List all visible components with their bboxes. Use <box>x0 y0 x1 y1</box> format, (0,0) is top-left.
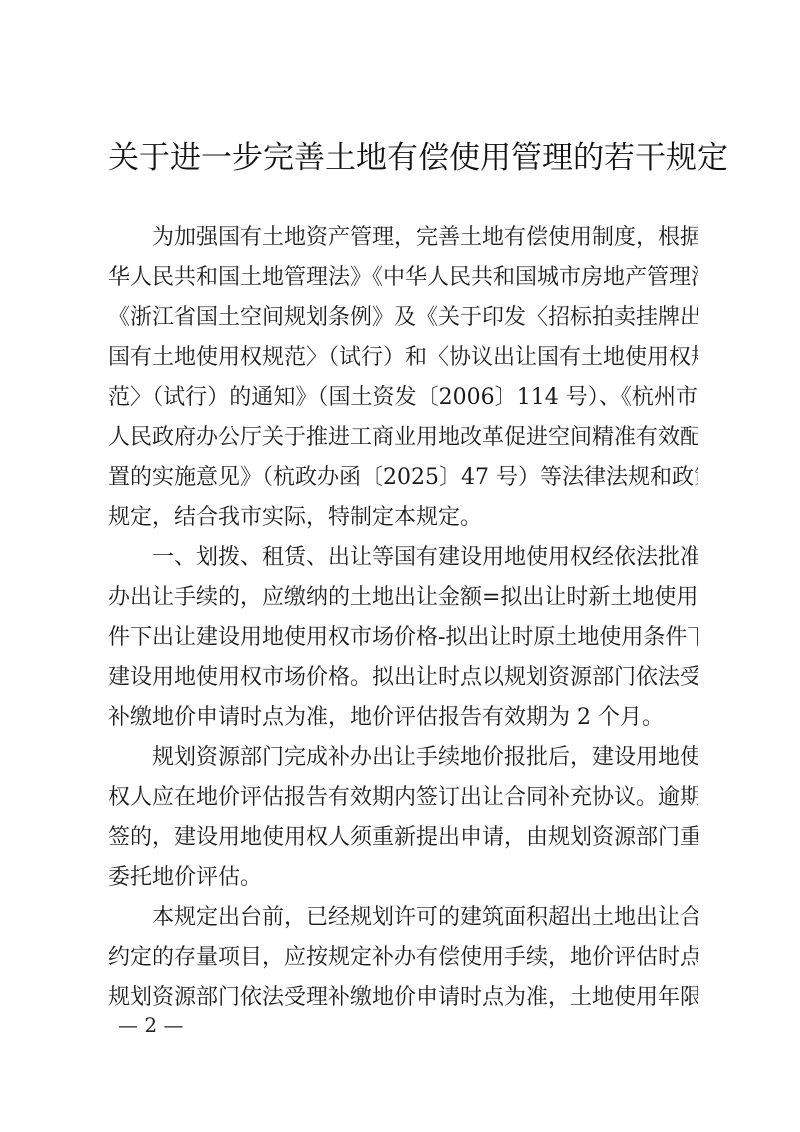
body-line: 人民政府办公厅关于推进工商业用地改革促进空间精准有效配 <box>108 418 698 458</box>
body-line: 置的实施意见》（杭政办函〔2025〕47 号）等法律法规和政策 <box>108 458 698 498</box>
body-line: 范〉（试行）的通知》（国土资发〔2006〕114 号）、《杭州市 <box>108 378 698 418</box>
body-line: 签的，建设用地使用权人须重新提出申请，由规划资源部门重新 <box>108 818 698 858</box>
body-line: 一、划拨、租赁、出让等国有建设用地使用权经依法批准补 <box>108 538 698 578</box>
body-line: 《浙江省国土空间规划条例》及《关于印发〈招标拍卖挂牌出让 <box>108 298 698 338</box>
body-line: 补缴地价申请时点为准，地价评估报告有效期为 2 个月。 <box>108 698 698 738</box>
body-line: 权人应在地价评估报告有效期内签订出让合同补充协议。逾期不 <box>108 778 698 818</box>
body-line: 规定，结合我市实际，特制定本规定。 <box>108 498 698 538</box>
body-line: 规划资源部门依法受理补缴地价申请时点为准，土地使用年限按 <box>108 978 698 1018</box>
document-title: 关于进一步完善土地有偿使用管理的若干规定 <box>108 136 692 180</box>
page-number: — 2 — <box>118 1013 183 1037</box>
body-line: 件下出让建设用地使用权市场价格-拟出让时原土地使用条件下 <box>108 618 698 658</box>
body-line: 约定的存量项目，应按规定补办有偿使用手续，地价评估时点以 <box>108 938 698 978</box>
body-line: 华人民共和国土地管理法》《中华人民共和国城市房地产管理法》 <box>108 258 698 298</box>
body-line: 办出让手续的，应缴纳的土地出让金额=拟出让时新土地使用条 <box>108 578 698 618</box>
body-line: 本规定出台前，已经规划许可的建筑面积超出土地出让合同 <box>108 898 698 938</box>
body-line: 国有土地使用权规范〉（试行）和〈协议出让国有土地使用权规 <box>108 338 698 378</box>
body-line: 委托地价评估。 <box>108 858 698 898</box>
document-page: 关于进一步完善土地有偿使用管理的若干规定 为加强国有土地资产管理，完善土地有偿使… <box>0 0 800 1132</box>
document-body: 为加强国有土地资产管理，完善土地有偿使用制度，根据《中 华人民共和国土地管理法》… <box>108 218 698 1018</box>
body-line: 为加强国有土地资产管理，完善土地有偿使用制度，根据《中 <box>108 218 698 258</box>
body-line: 规划资源部门完成补办出让手续地价报批后，建设用地使用 <box>108 738 698 778</box>
body-line: 建设用地使用权市场价格。拟出让时点以规划资源部门依法受理 <box>108 658 698 698</box>
